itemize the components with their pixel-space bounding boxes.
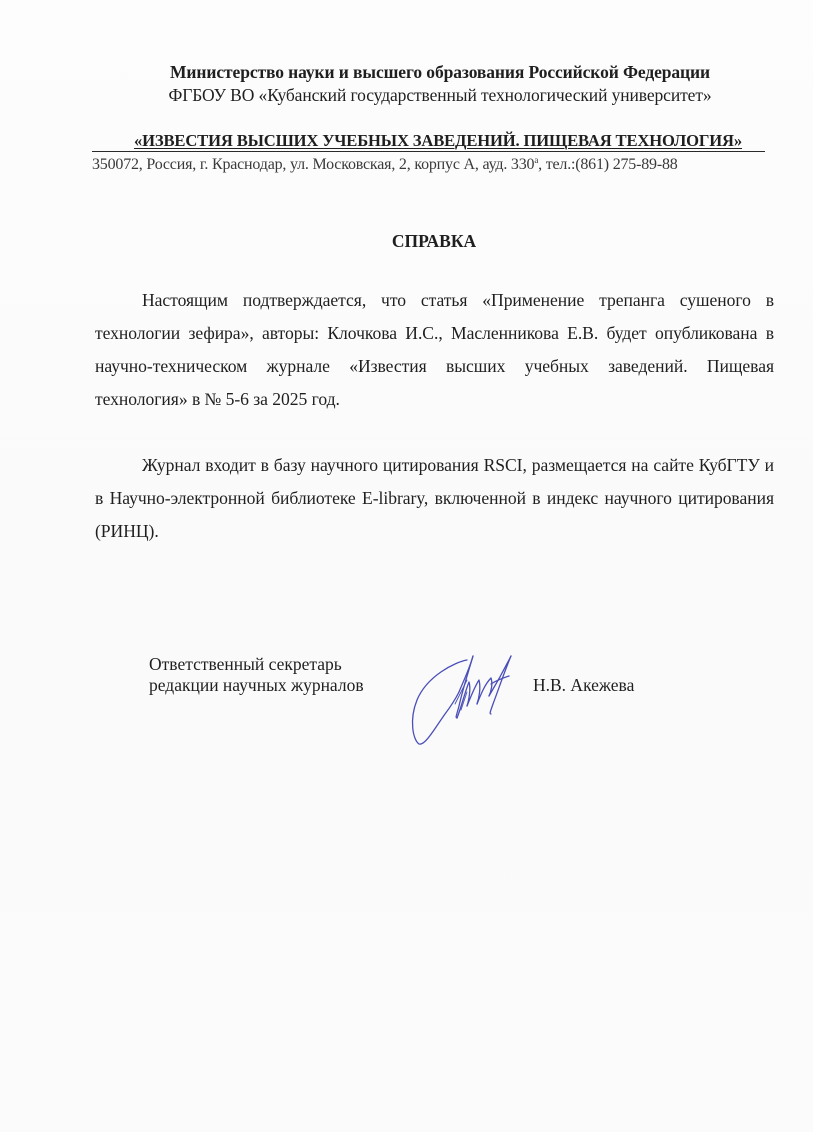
journal-title: «ИЗВЕСТИЯ ВЫСШИХ УЧЕБНЫХ ЗАВЕДЕНИЙ. ПИЩЕ…: [134, 131, 742, 151]
paragraph-text: Настоящим подтверждается, что статья «Пр…: [95, 284, 774, 416]
university-name: ФГБОУ ВО «Кубанский государственный техн…: [0, 85, 813, 106]
signatory-name: Н.В. Акежева: [533, 675, 634, 696]
header-divider: [92, 151, 765, 152]
document-title: СПРАВКА: [0, 231, 813, 252]
role-line-1: Ответственный секретарь: [149, 654, 409, 675]
body-paragraph-1: Настоящим подтверждается, что статья «Пр…: [95, 284, 774, 416]
paragraph-text: Журнал входит в базу научного цитировани…: [95, 449, 774, 548]
handwritten-signature-icon: [405, 648, 545, 748]
role-line-2: редакции научных журналов: [149, 675, 409, 696]
document-page: Министерство науки и высшего образования…: [0, 0, 813, 1132]
journal-address: 350072, Россия, г. Краснодар, ул. Москов…: [92, 155, 678, 174]
body-paragraph-2: Журнал входит в базу научного цитировани…: [95, 449, 774, 548]
address-phone: , тел.:(861) 275-89-88: [538, 156, 677, 173]
signatory-role: Ответственный секретарь редакции научных…: [149, 654, 409, 696]
ministry-heading: Министерство науки и высшего образования…: [0, 62, 813, 83]
address-main: 350072, Россия, г. Краснодар, ул. Москов…: [92, 156, 534, 173]
